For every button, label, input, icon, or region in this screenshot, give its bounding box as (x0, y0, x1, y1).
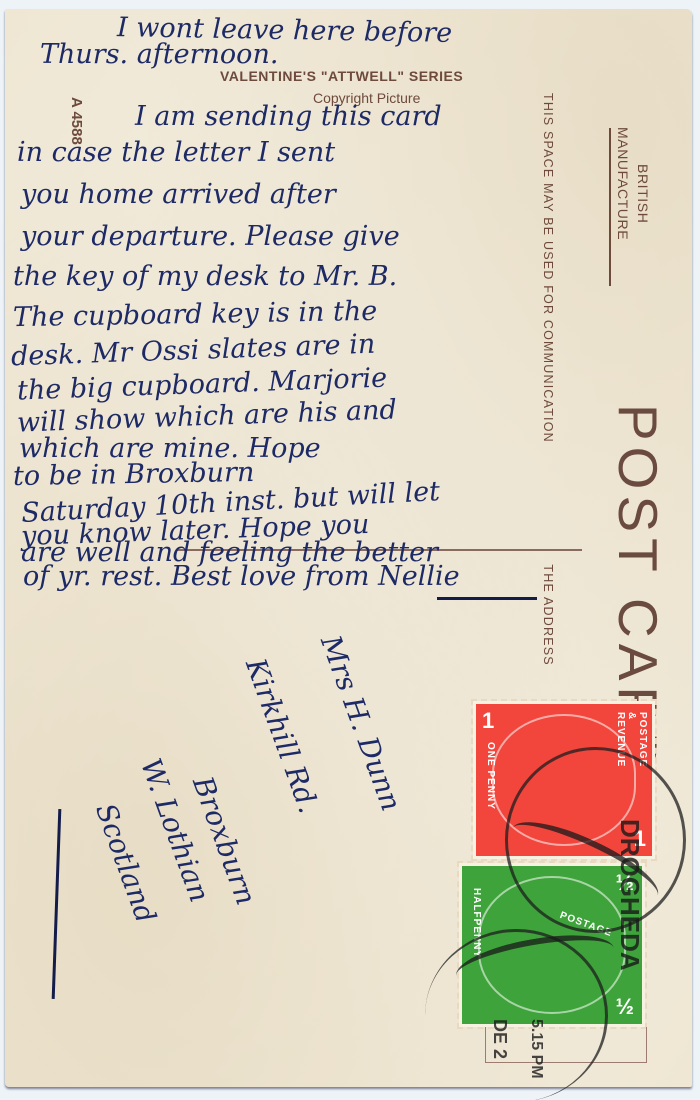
message-line: the key of my desk to Mr. B. (13, 261, 397, 292)
signature-underline (437, 597, 537, 600)
address-line: Kirkhill Rd. (239, 654, 325, 817)
publisher-series: VALENTINE'S "ATTWELL" SERIES (220, 68, 463, 84)
communication-notice: THIS SPACE MAY BE USED FOR COMMUNICATION… (541, 93, 555, 666)
postmark-date: DE 2 (489, 1019, 510, 1059)
address-line: Mrs H. Dunn (314, 631, 408, 815)
message-line: your departure. Please give (21, 221, 400, 252)
stamp-value: ½ (616, 994, 634, 1020)
stamp-label: ONE PENNY (485, 742, 496, 810)
message-line: you home arrived after (21, 179, 336, 210)
address-notice-text: THE ADDRESS (541, 564, 555, 665)
message-line: of yr. rest. Best love from Nellie (23, 561, 460, 592)
postmark-town: DROGHEDA (614, 819, 645, 971)
manufacture-label: MANUFACTURE (615, 127, 631, 240)
message-line: in case the letter I sent (17, 137, 335, 168)
british-label: BRITISH (635, 164, 651, 223)
communication-text: THIS SPACE MAY BE USED FOR COMMUNICATION (541, 93, 555, 443)
message-line: I am sending this card (135, 101, 442, 132)
stamp-value: 1 (482, 708, 494, 734)
address-underline (52, 809, 62, 999)
address-line: Scotland (89, 799, 163, 927)
message-line: Thurs. afternoon. (40, 39, 278, 70)
postcard-back: VALENTINE'S "ATTWELL" SERIES Copyright P… (5, 9, 692, 1087)
postmark-time: 5.15 PM (527, 1019, 545, 1079)
manufacture-rule (609, 128, 611, 286)
message-line: The cupboard key is in the (13, 296, 378, 333)
